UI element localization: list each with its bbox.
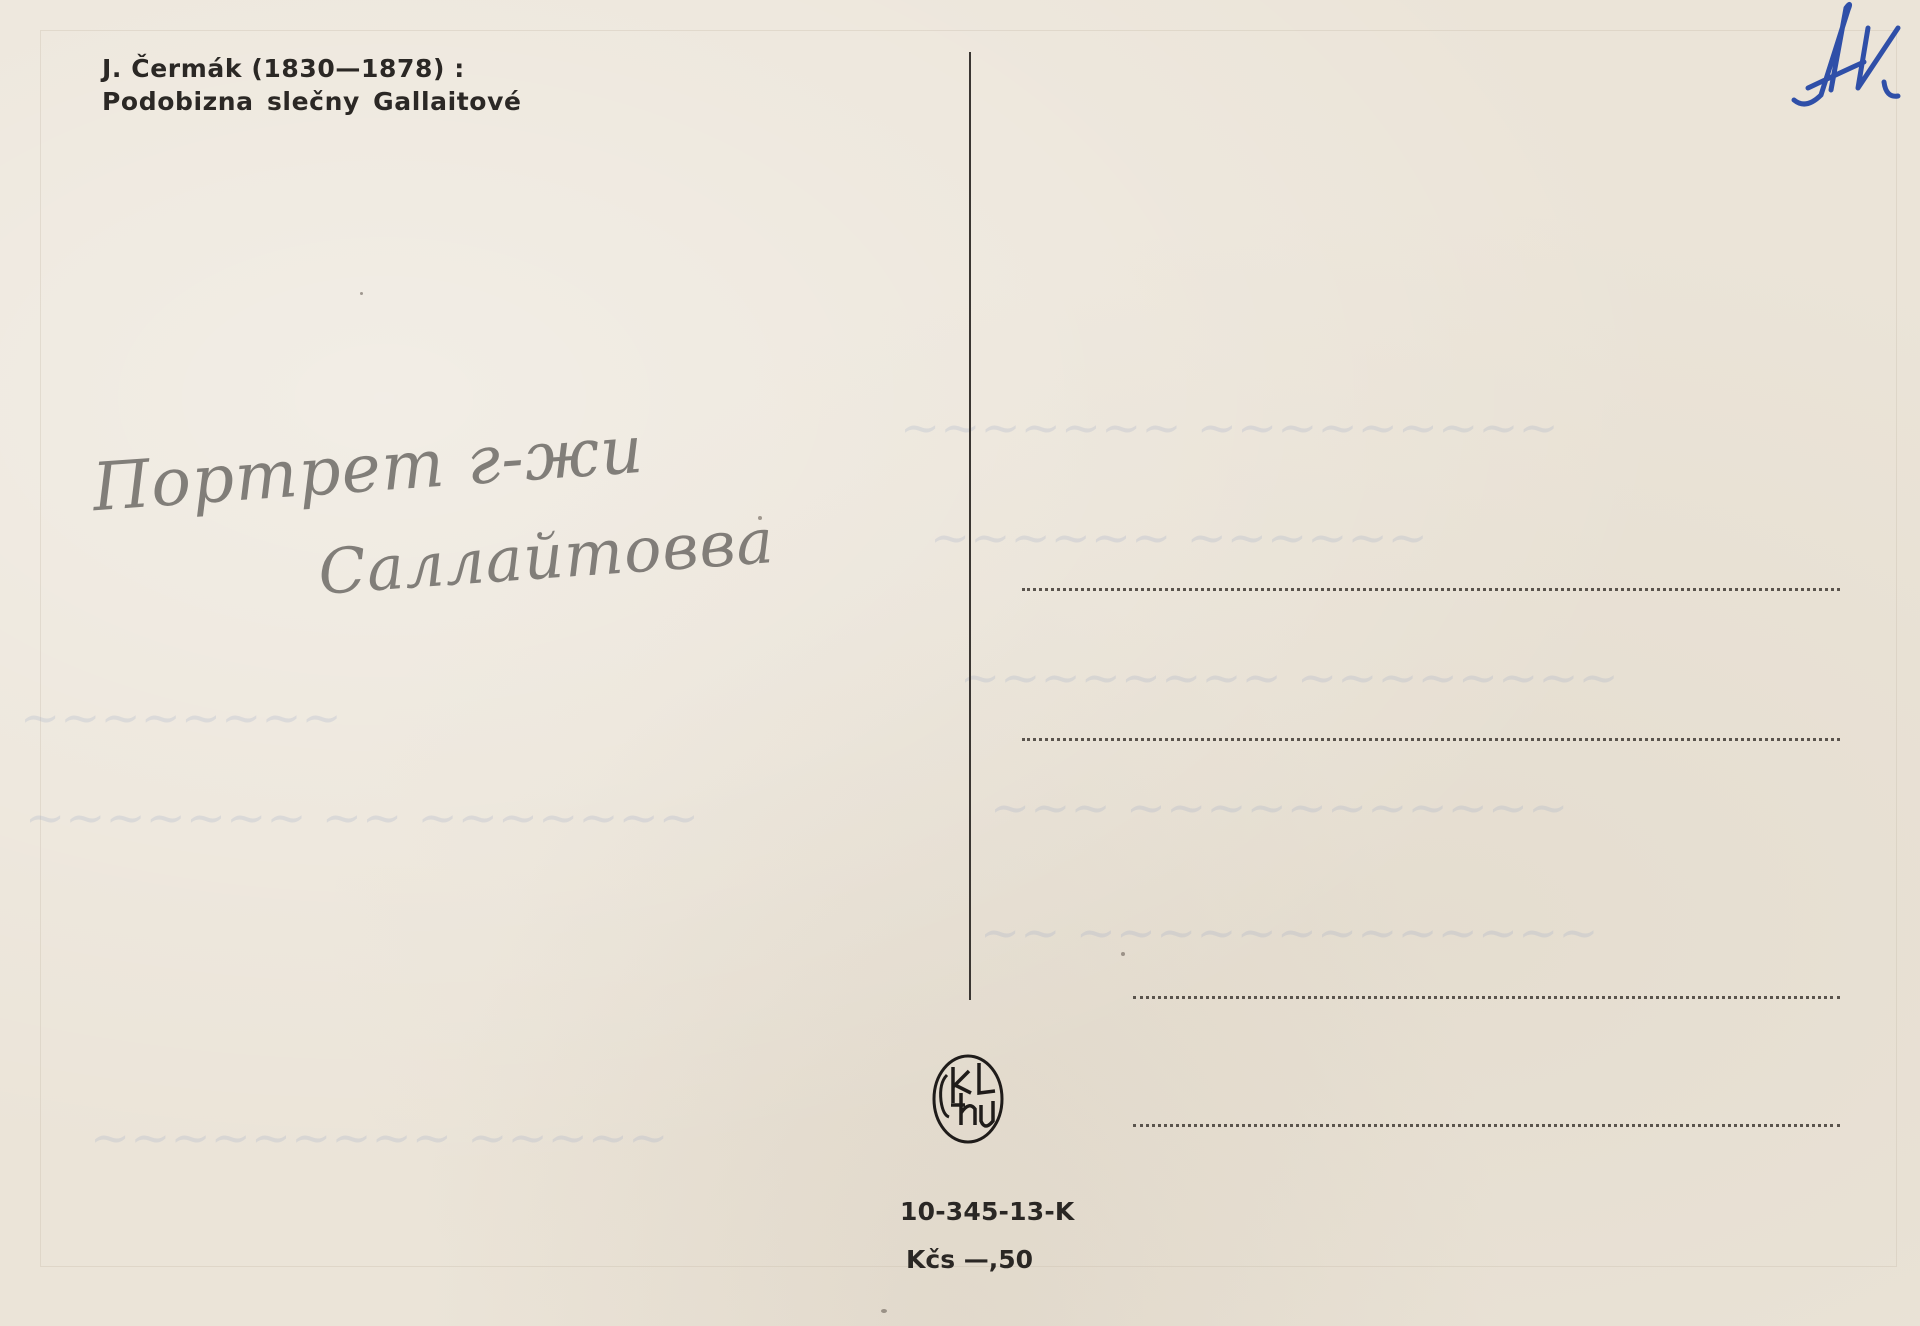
address-line-3: [1133, 996, 1840, 999]
artwork-caption: J. Čermák (1830—1878) : Podobizna slečny…: [102, 52, 522, 118]
handwritten-note-line2: Саллайтовва: [316, 504, 776, 609]
address-line-4: [1133, 1124, 1840, 1127]
ghost-impression: ~~~~~~ ~~~~~~: [930, 510, 1428, 566]
ghost-impression: ~~~~~~~~~ ~~~~~: [90, 1110, 668, 1166]
address-line-1: [1022, 588, 1840, 591]
price-label: Kčs —,50: [906, 1245, 1033, 1274]
signature-icon: [1786, 0, 1906, 115]
ghost-impression: ~~~~~~~ ~~ ~~~~~~~: [25, 790, 699, 846]
paper-speck: [758, 516, 762, 520]
address-line-2: [1022, 738, 1840, 741]
handwritten-note-line1: Портрет г-жи: [90, 411, 646, 526]
ghost-impression: ~~ ~~~~~~~~~~~~~: [980, 905, 1599, 961]
artwork-title: Podobizna slečny Gallaitové: [102, 85, 522, 118]
paper-speck: [360, 292, 363, 295]
ghost-impression: ~~~~~~~~: [20, 690, 342, 746]
paper-speck: [1121, 952, 1125, 956]
ghost-impression: ~~~ ~~~~~~~~~~~: [990, 780, 1568, 836]
paper-speck: [881, 1309, 887, 1313]
ghost-impression: ~~~~~~~~ ~~~~~~~~: [960, 650, 1619, 706]
print-code: 10-345-13-K: [900, 1197, 1074, 1226]
artist-line: J. Čermák (1830—1878) :: [102, 52, 522, 85]
center-divider: [969, 52, 971, 1000]
ghost-impression: ~~~~~~~ ~~~~~~~~~: [900, 400, 1559, 456]
monogram-kl-logo-icon: [931, 1053, 1005, 1145]
